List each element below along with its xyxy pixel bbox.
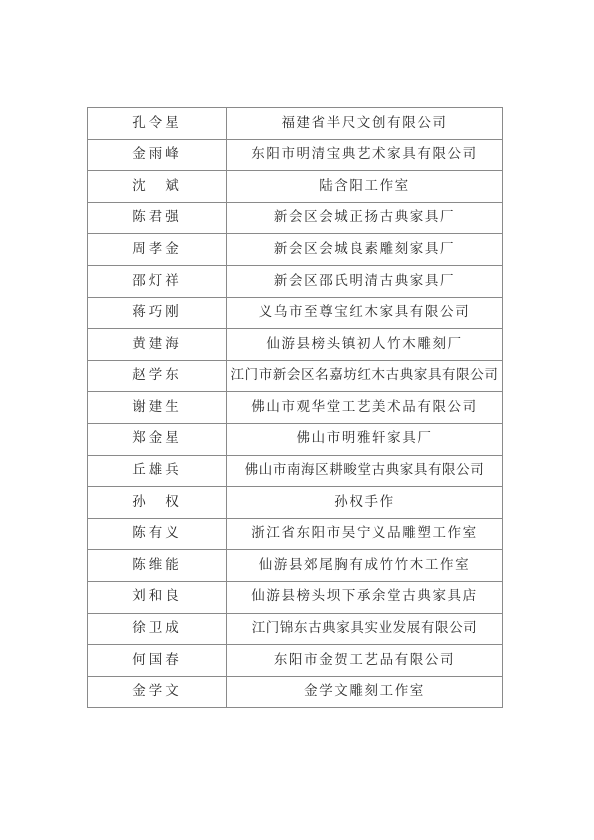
organization-cell: 佛山市观华堂工艺美术品有限公司 xyxy=(227,392,503,424)
person-name-cell: 邵灯祥 xyxy=(88,265,227,297)
person-name-cell: 何国春 xyxy=(88,645,227,677)
person-name-cell: 陈有义 xyxy=(88,518,227,550)
table-row: 陈维能 仙游县郊尾胸有成竹竹木工作室 xyxy=(88,550,503,582)
organization-cell: 新会区会城良素雕刻家具厂 xyxy=(227,234,503,266)
organization-cell: 义乌市至尊宝红木家具有限公司 xyxy=(227,297,503,329)
table-row: 孔令星 福建省半尺文创有限公司 xyxy=(88,108,503,140)
name-organization-table: 孔令星 福建省半尺文创有限公司 金雨峰 东阳市明清宝典艺术家具有限公司 沈 斌 … xyxy=(87,107,503,708)
person-name-cell: 孙 权 xyxy=(88,487,227,519)
person-name-cell: 赵学东 xyxy=(88,360,227,392)
person-name-cell: 陈君强 xyxy=(88,202,227,234)
organization-cell: 金学文雕刻工作室 xyxy=(227,676,503,708)
person-name-cell: 丘雄兵 xyxy=(88,455,227,487)
organization-cell: 浙江省东阳市吴宁义品雕塑工作室 xyxy=(227,518,503,550)
person-name-cell: 孔令星 xyxy=(88,108,227,140)
person-name-cell: 谢建生 xyxy=(88,392,227,424)
organization-cell: 江门市新会区名嘉坊红木古典家具有限公司 xyxy=(227,360,503,392)
organization-cell: 佛山市明雅轩家具厂 xyxy=(227,423,503,455)
organization-cell: 新会区邵氏明清古典家具厂 xyxy=(227,265,503,297)
table-row: 徐卫成 江门锦东古典家具实业发展有限公司 xyxy=(88,613,503,645)
document-page: 孔令星 福建省半尺文创有限公司 金雨峰 东阳市明清宝典艺术家具有限公司 沈 斌 … xyxy=(0,0,594,840)
organization-cell: 东阳市明清宝典艺术家具有限公司 xyxy=(227,139,503,171)
organization-cell: 仙游县郊尾胸有成竹竹木工作室 xyxy=(227,550,503,582)
table-row: 蒋巧刚 义乌市至尊宝红木家具有限公司 xyxy=(88,297,503,329)
table-row: 丘雄兵 佛山市南海区耕畯堂古典家具有限公司 xyxy=(88,455,503,487)
person-name-cell: 金学文 xyxy=(88,676,227,708)
person-name-cell: 黄建海 xyxy=(88,329,227,361)
table-row: 陈君强 新会区会城正扬古典家具厂 xyxy=(88,202,503,234)
person-name-cell: 陈维能 xyxy=(88,550,227,582)
organization-cell: 江门锦东古典家具实业发展有限公司 xyxy=(227,613,503,645)
person-name-cell: 金雨峰 xyxy=(88,139,227,171)
table-row: 谢建生 佛山市观华堂工艺美术品有限公司 xyxy=(88,392,503,424)
person-name-cell: 郑金星 xyxy=(88,423,227,455)
organization-cell: 福建省半尺文创有限公司 xyxy=(227,108,503,140)
table-row: 何国春 东阳市金贺工艺品有限公司 xyxy=(88,645,503,677)
table-row: 郑金星 佛山市明雅轩家具厂 xyxy=(88,423,503,455)
table-row: 刘和良 仙游县榜头坝下承余堂古典家具店 xyxy=(88,581,503,613)
table-row: 邵灯祥 新会区邵氏明清古典家具厂 xyxy=(88,265,503,297)
table-row: 金雨峰 东阳市明清宝典艺术家具有限公司 xyxy=(88,139,503,171)
table-row: 金学文 金学文雕刻工作室 xyxy=(88,676,503,708)
organization-cell: 孙权手作 xyxy=(227,487,503,519)
organization-cell: 仙游县榜头坝下承余堂古典家具店 xyxy=(227,581,503,613)
table-row: 赵学东 江门市新会区名嘉坊红木古典家具有限公司 xyxy=(88,360,503,392)
person-name-cell: 蒋巧刚 xyxy=(88,297,227,329)
organization-cell: 佛山市南海区耕畯堂古典家具有限公司 xyxy=(227,455,503,487)
person-name-cell: 周孝金 xyxy=(88,234,227,266)
person-name-cell: 徐卫成 xyxy=(88,613,227,645)
table-row: 黄建海 仙游县榜头镇初人竹木雕刻厂 xyxy=(88,329,503,361)
organization-cell: 东阳市金贺工艺品有限公司 xyxy=(227,645,503,677)
table-row: 陈有义 浙江省东阳市吴宁义品雕塑工作室 xyxy=(88,518,503,550)
organization-cell: 陆含阳工作室 xyxy=(227,171,503,203)
organization-cell: 仙游县榜头镇初人竹木雕刻厂 xyxy=(227,329,503,361)
organization-cell: 新会区会城正扬古典家具厂 xyxy=(227,202,503,234)
person-name-cell: 沈 斌 xyxy=(88,171,227,203)
table-row: 沈 斌 陆含阳工作室 xyxy=(88,171,503,203)
table-row: 孙 权 孙权手作 xyxy=(88,487,503,519)
person-name-cell: 刘和良 xyxy=(88,581,227,613)
table-row: 周孝金 新会区会城良素雕刻家具厂 xyxy=(88,234,503,266)
